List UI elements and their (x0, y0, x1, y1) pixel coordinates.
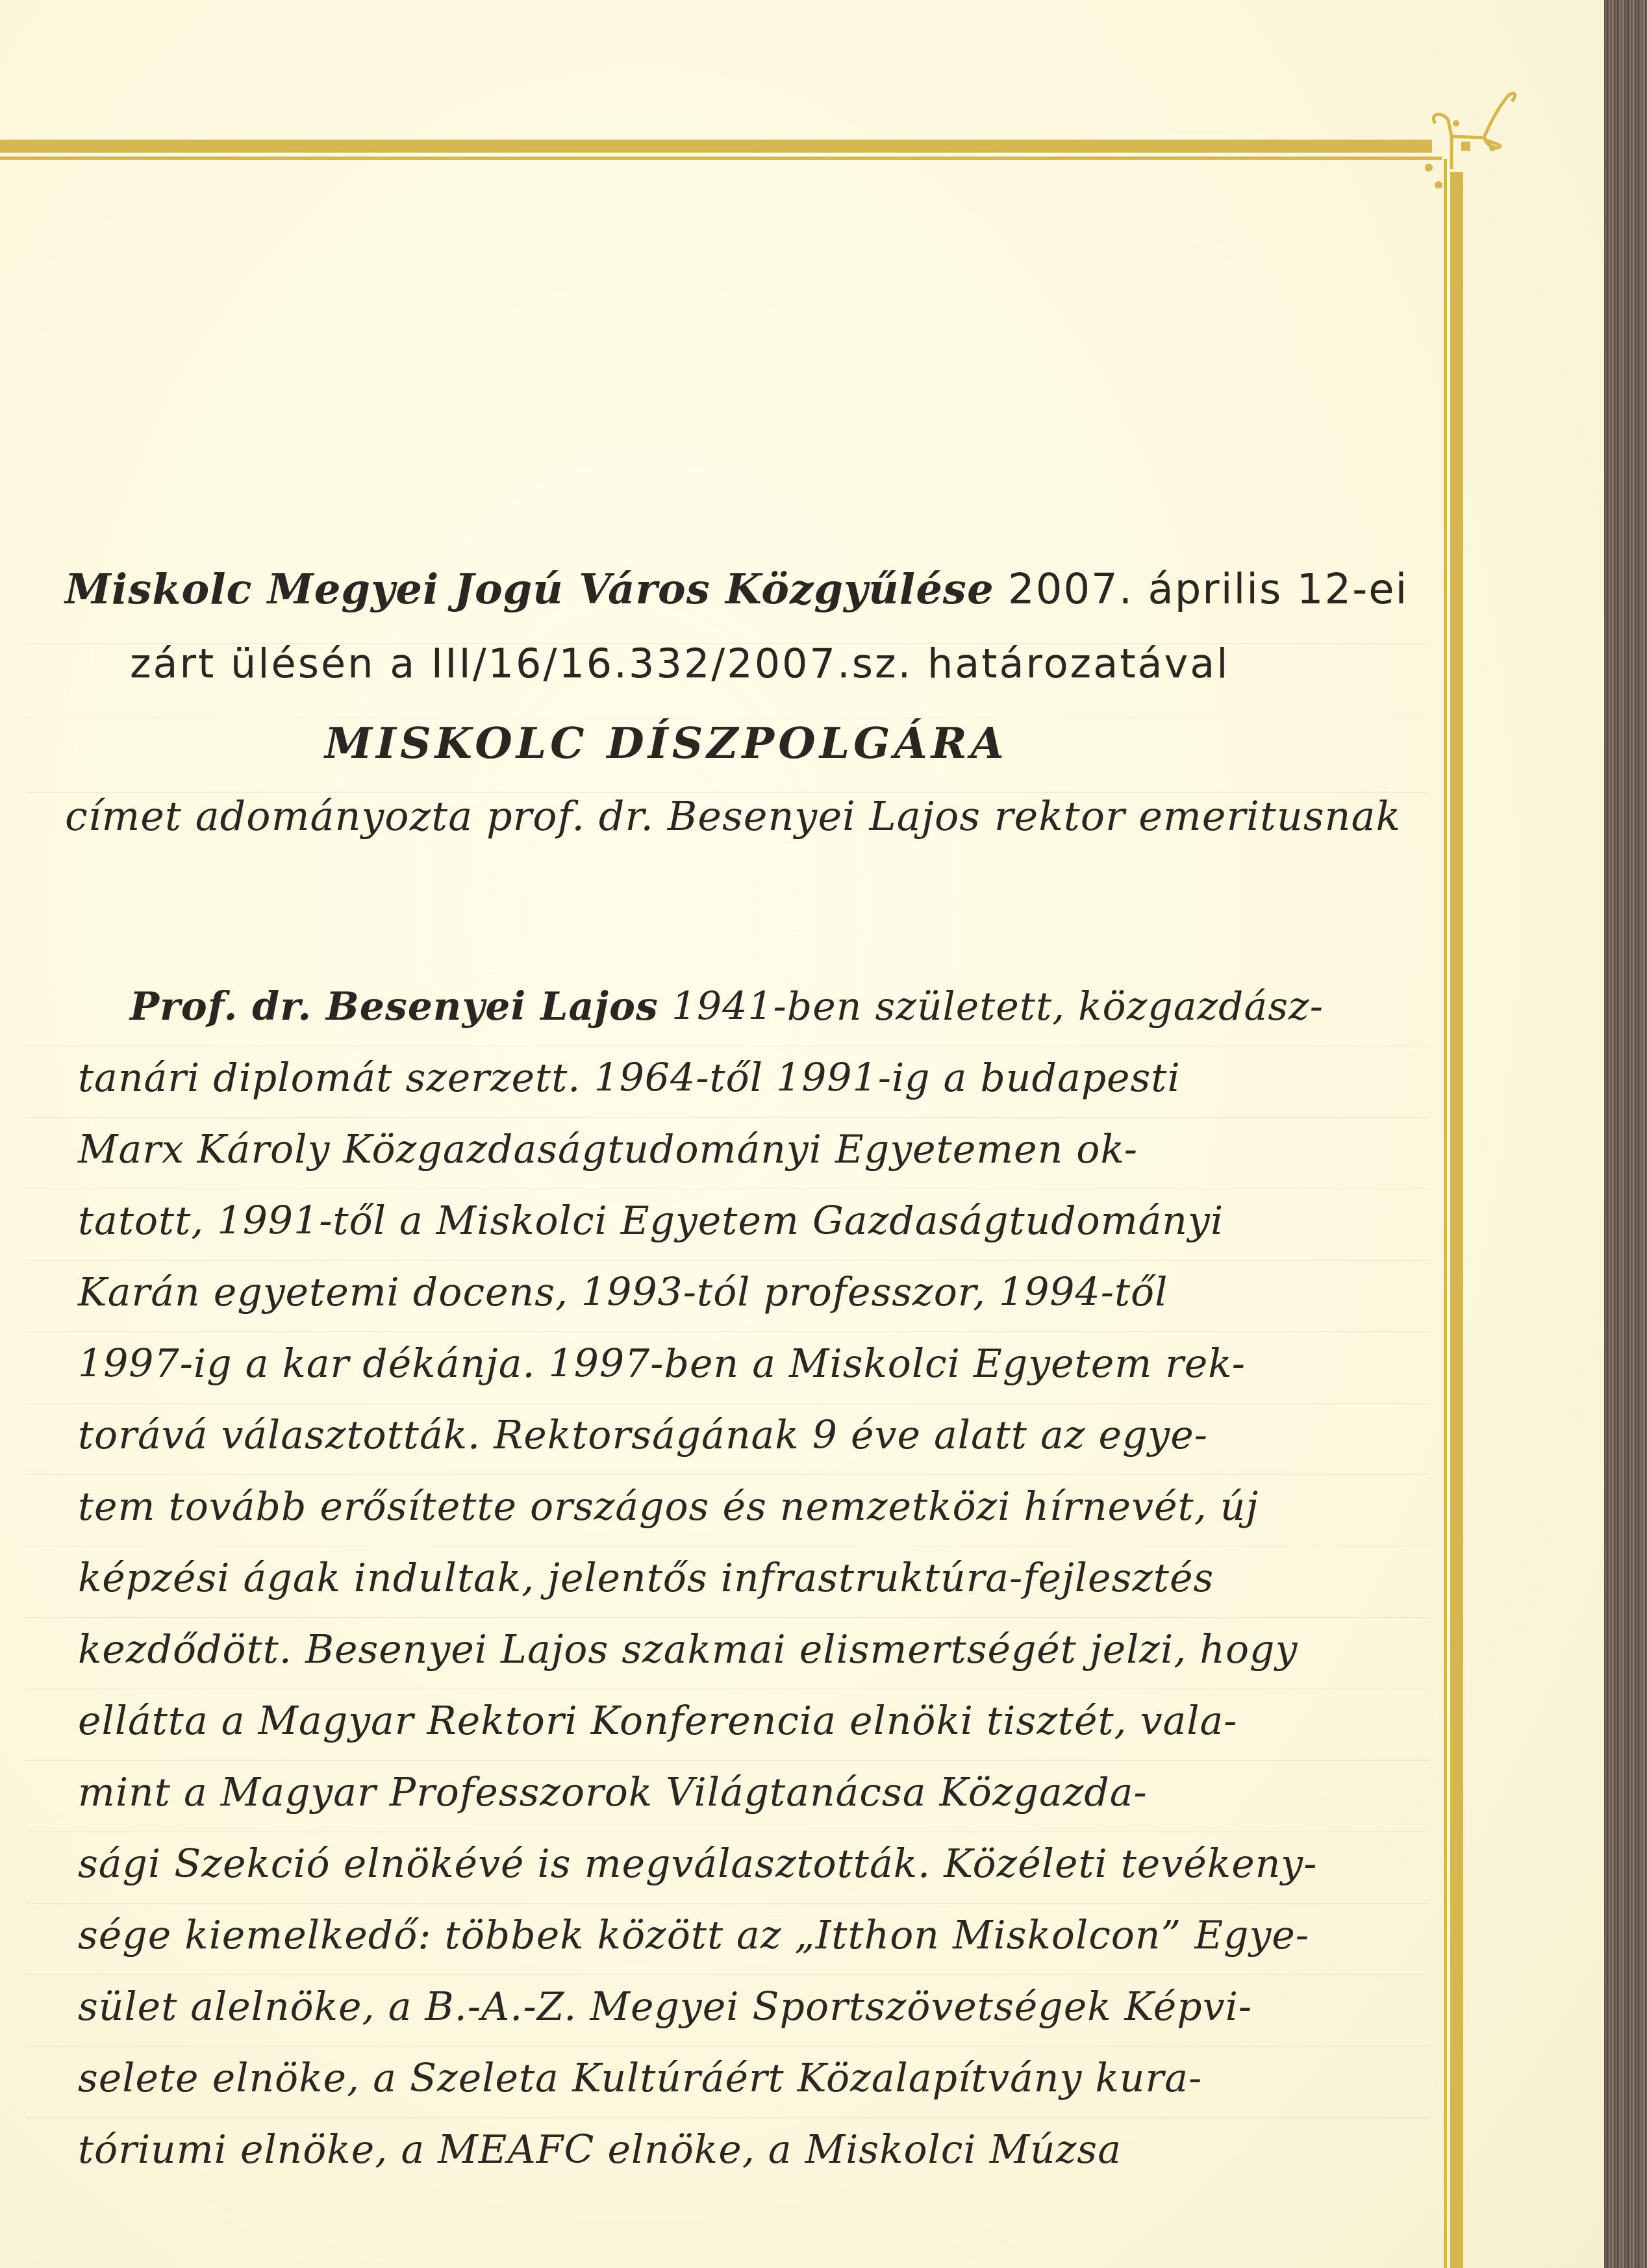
book-page-edge (1604, 0, 1647, 2268)
body-line: mint a Magyar Professzorok Világtanácsa … (78, 1770, 1148, 1841)
body-line: tóriumi elnöke, a MEAFC elnöke, a Miskol… (78, 2127, 1122, 2199)
certificate-page: Miskolc Megyei Jogú Város Közgyűlése 200… (0, 0, 1604, 2268)
honoree-name: Prof. dr. Besenyei Lajos (130, 984, 659, 1029)
header-line-2: zárt ülésén a III/16/16.332/2007.sz. hat… (130, 640, 1229, 687)
gold-border-top-inner (0, 157, 1442, 160)
body-line: sület alelnöke, a B.-A.-Z. Megyei Sports… (78, 1984, 1252, 2056)
body-line: Marx Károly Közgazdaságtudományi Egyetem… (78, 1127, 1138, 1198)
body-line: 1997-ig a kar dékánja. 1997-ben a Miskol… (78, 1341, 1246, 1413)
body-line: torává választották. Rektorságának 9 éve… (78, 1413, 1208, 1484)
corner-ornament-icon (1422, 84, 1526, 188)
gold-border-right-inner (1444, 159, 1447, 2268)
header-line-4: címet adományozta prof. dr. Besenyei Laj… (65, 792, 1401, 840)
body-line: Prof. dr. Besenyei Lajos 1941-ben szület… (130, 984, 1324, 1055)
meeting-date: 2007. április 12-ei (1008, 566, 1408, 614)
certificate-title: MISKOLC DÍSZPOLGÁRA (325, 718, 1008, 768)
body-line: sági Szekció elnökévé is megválasztották… (78, 1841, 1317, 1913)
body-line: sége kiemelkedő: többek között az „Ittho… (78, 1913, 1309, 1984)
council-name: Miskolc Megyei Jogú Város Közgyűlése (65, 565, 994, 614)
body-line: tanári diplomát szerzett. 1964-től 1991-… (78, 1055, 1181, 1127)
header-line-1: Miskolc Megyei Jogú Város Közgyűlése 200… (65, 565, 1408, 614)
body-line: selete elnöke, a Szeleta Kultúráért Köza… (78, 2056, 1202, 2127)
body-line: kezdődött. Besenyei Lajos szakmai elisme… (78, 1627, 1298, 1698)
body-line: képzési ágak indultak, jelentős infrastr… (78, 1556, 1214, 1627)
gold-border-right (1450, 172, 1463, 2268)
body-line: tatott, 1991-től a Miskolci Egyetem Gazd… (78, 1198, 1224, 1270)
gold-border-top (0, 140, 1432, 153)
body-line: Karán egyetemi docens, 1993-tól professz… (78, 1270, 1168, 1341)
body-line: ellátta a Magyar Rektori Konferencia eln… (78, 1698, 1238, 1770)
body-line: tem tovább erősítette országos és nemzet… (78, 1484, 1259, 1556)
